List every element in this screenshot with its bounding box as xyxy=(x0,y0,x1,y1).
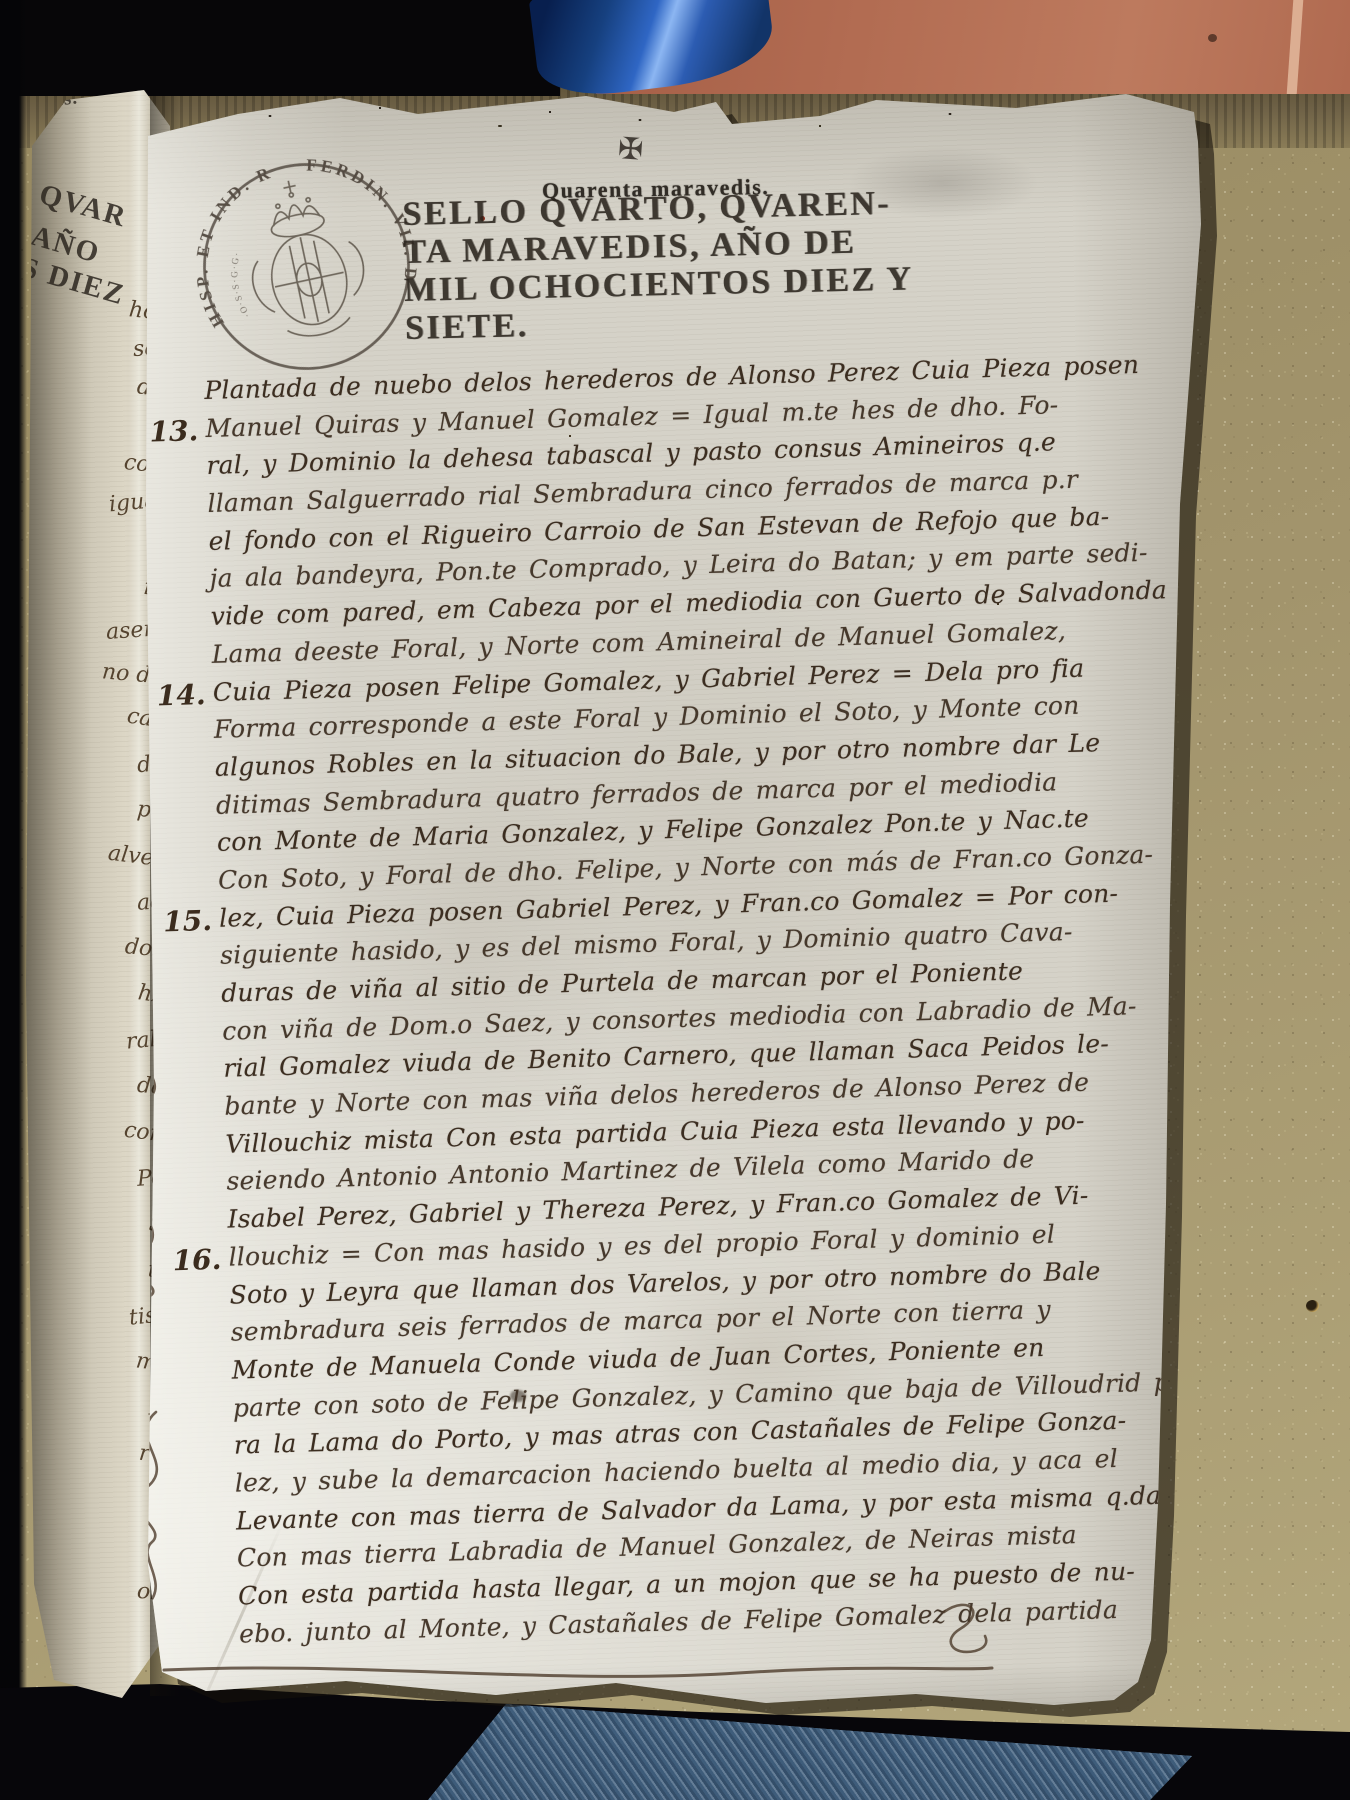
manuscript-page: HISP. ET IND. REX FERDIN. VII. D. ·O·S·S… xyxy=(118,84,1223,1734)
photo-of-manuscript: vedis. O, QVAR S, AÑO OS DIEZ ho- sal de… xyxy=(0,0,1350,1800)
margin-flourishes xyxy=(118,84,1223,1734)
shadow-left-edge xyxy=(0,0,27,1800)
closing-rule xyxy=(164,1668,992,1677)
tile-grout-line xyxy=(1287,0,1304,94)
board-hole xyxy=(1306,1300,1319,1312)
closing-rubric xyxy=(944,1605,986,1652)
tile-spot xyxy=(1208,34,1217,42)
shadow-top-left xyxy=(0,0,560,96)
